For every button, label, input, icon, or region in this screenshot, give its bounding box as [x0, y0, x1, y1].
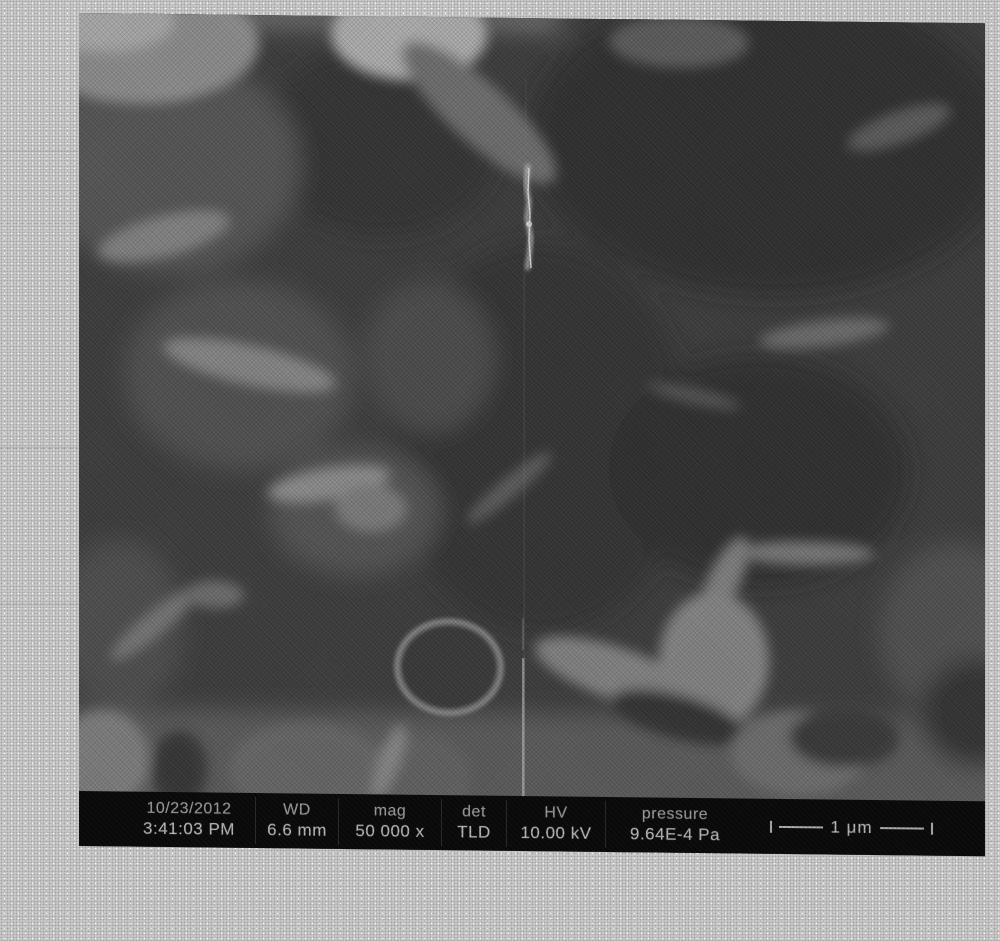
scale-bar-left-line — [779, 825, 823, 827]
databar-field-det: det TLD — [442, 795, 506, 851]
databar-field-label: WD — [256, 801, 338, 820]
databar-field-label: 10/23/2012 — [123, 800, 255, 820]
databar-field-hv: HV 10.00 kV — [507, 796, 605, 852]
scanned-page: 10/23/2012 3:41:03 PM WD 6.6 mm mag 50 0… — [0, 0, 1000, 941]
noise-overlay — [79, 13, 985, 856]
databar-field-value: 50 000 x — [339, 821, 441, 842]
micrograph-canvas — [79, 13, 985, 856]
databar-field-mag: mag 50 000 x — [339, 794, 441, 850]
databar-field-pressure: pressure 9.64E-4 Pa — [606, 797, 744, 854]
databar-field-value: 9.64E-4 Pa — [606, 824, 744, 845]
databar-field-label: det — [442, 803, 506, 822]
scale-bar-left-tick — [770, 820, 772, 832]
databar: 10/23/2012 3:41:03 PM WD 6.6 mm mag 50 0… — [79, 791, 985, 856]
databar-field-label: pressure — [606, 805, 744, 825]
databar-field-value: TLD — [442, 823, 506, 843]
scale-bar-right-tick — [931, 822, 933, 834]
scale-bar: 1 μm — [744, 799, 985, 857]
scale-bar-right-line — [880, 827, 924, 829]
databar-field-value: 6.6 mm — [256, 820, 338, 840]
databar-field-label: HV — [507, 804, 605, 824]
databar-field-value: 3:41:03 PM — [123, 819, 255, 840]
databar-field-datetime: 10/23/2012 3:41:03 PM — [123, 791, 255, 847]
databar-field-label: mag — [339, 802, 441, 822]
databar-spacer — [79, 791, 123, 846]
databar-field-value: 10.00 kV — [507, 823, 605, 844]
databar-field-wd: WD 6.6 mm — [256, 793, 338, 849]
sem-micrograph: 10/23/2012 3:41:03 PM WD 6.6 mm mag 50 0… — [79, 13, 985, 856]
scale-bar-label: 1 μm — [830, 817, 872, 837]
